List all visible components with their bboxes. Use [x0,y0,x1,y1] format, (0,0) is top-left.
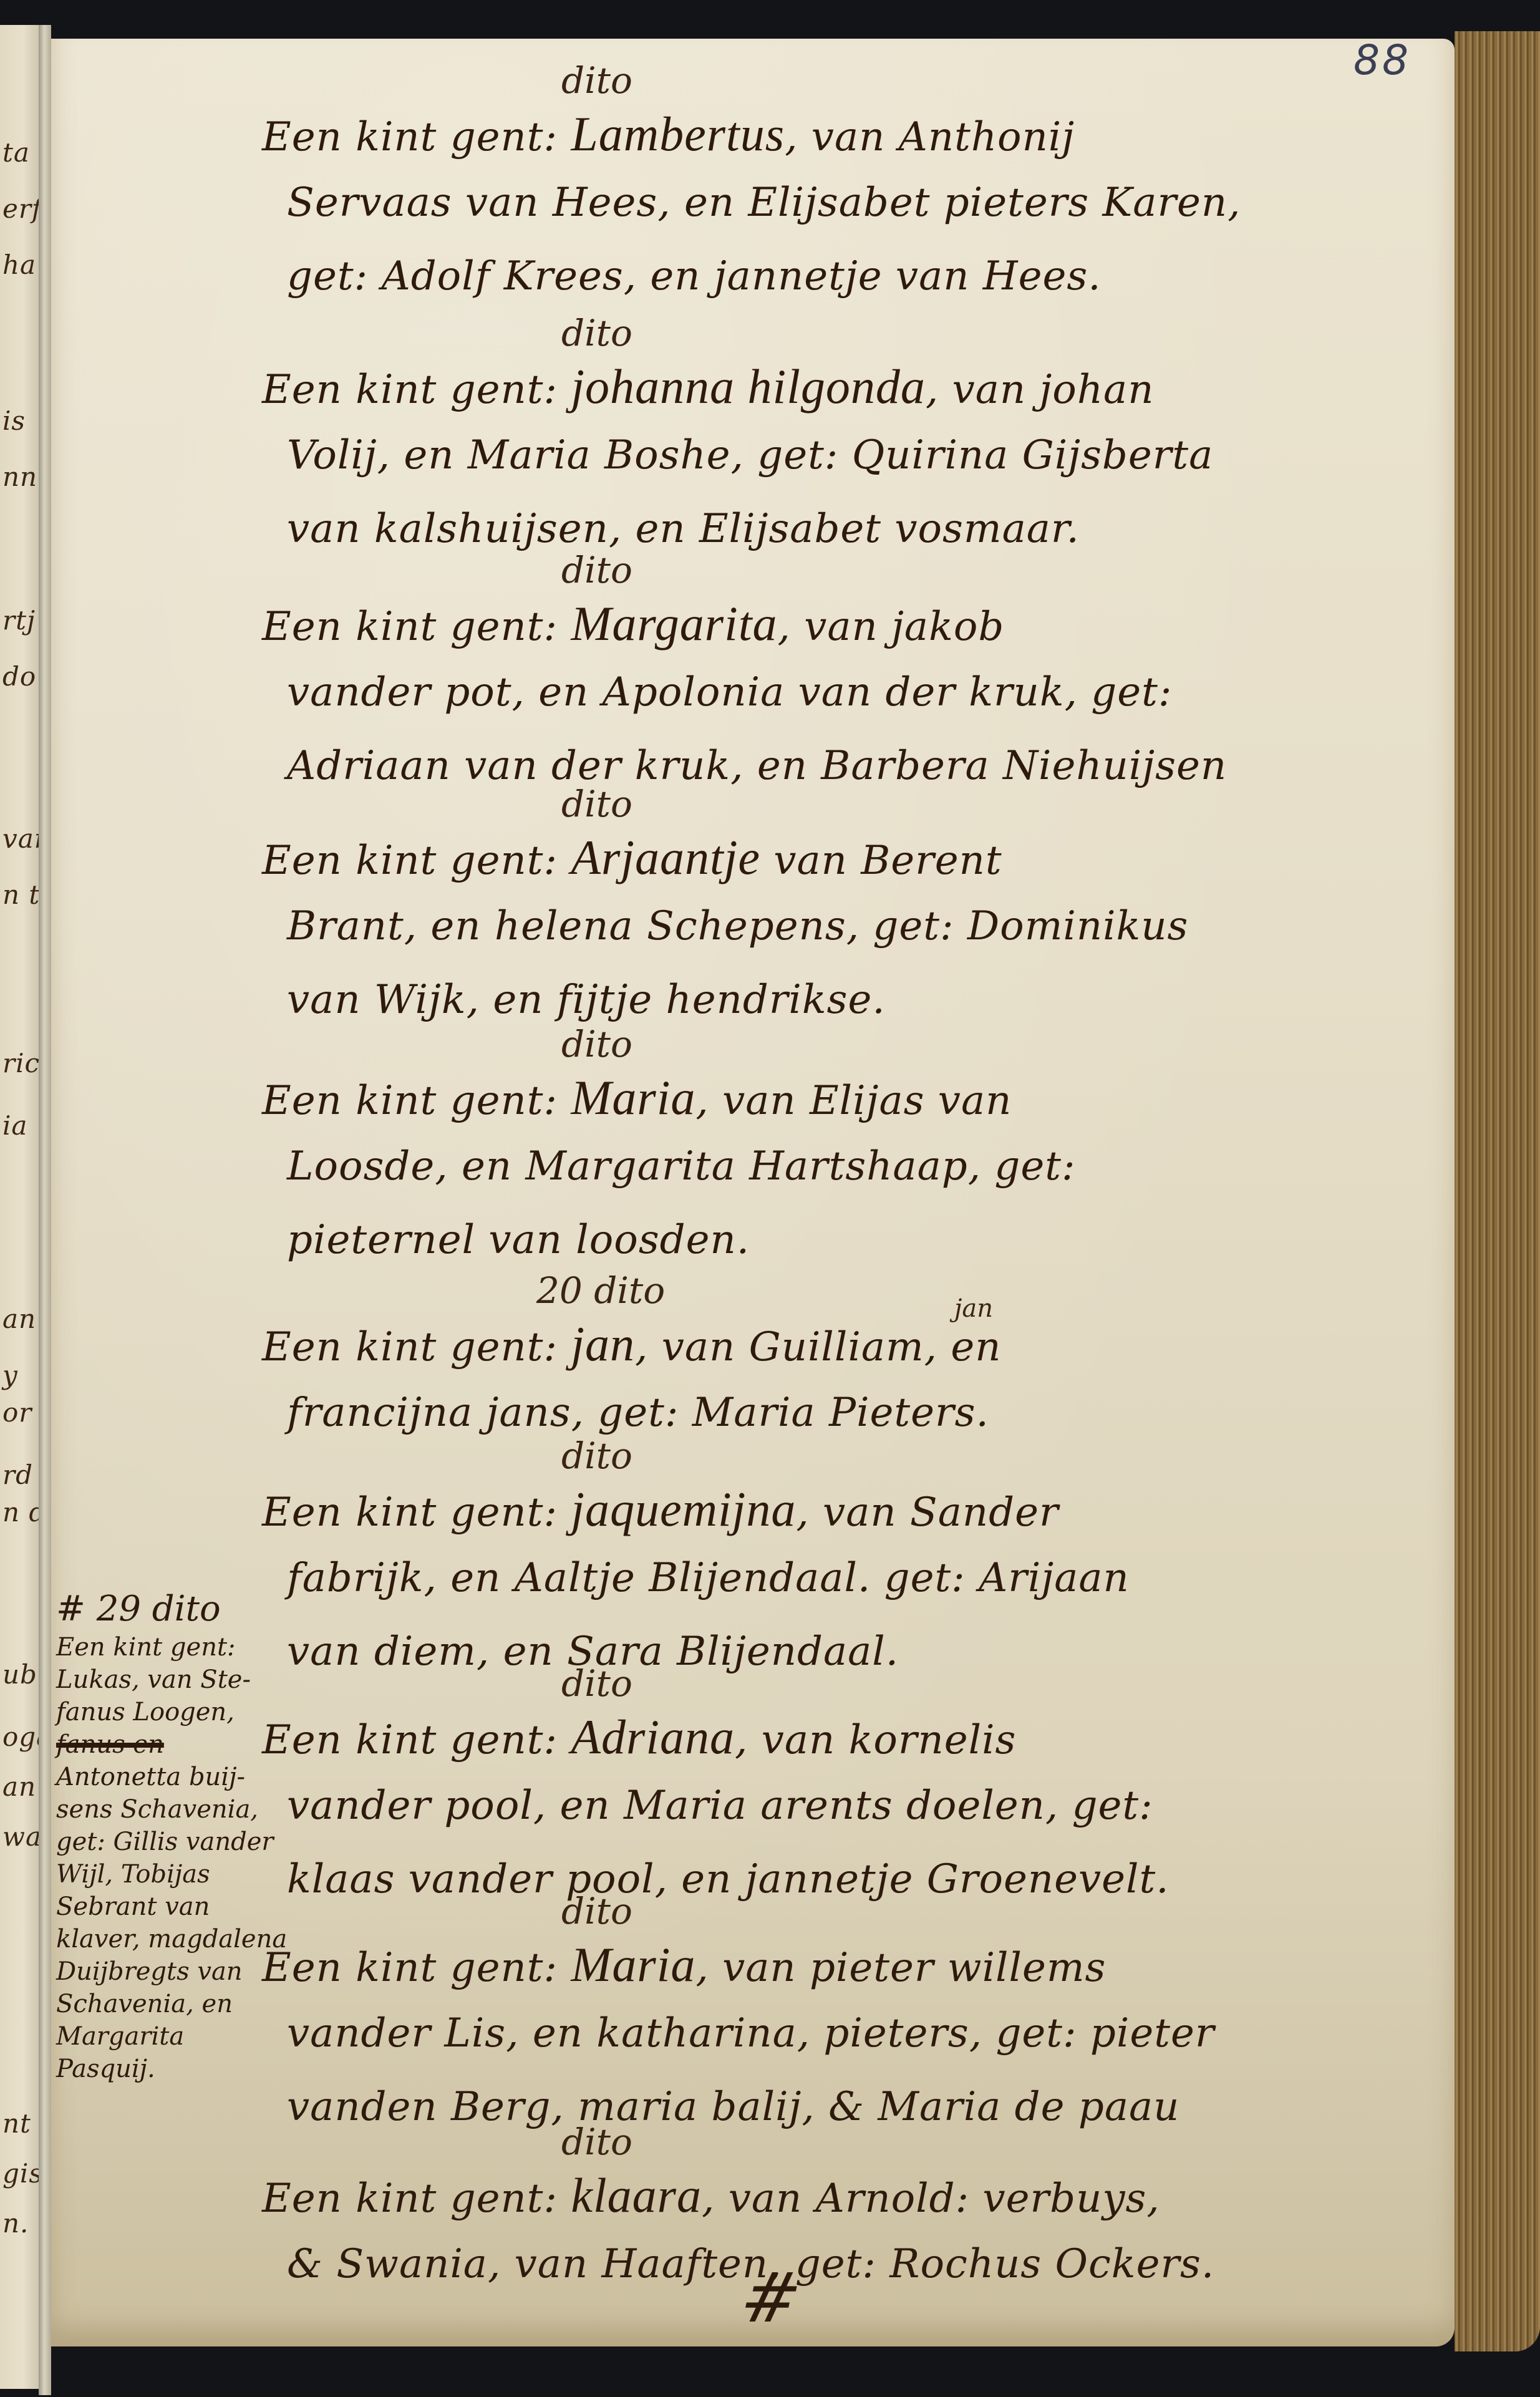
previous-page-fragment: an [2,1304,36,1334]
entry-prefix: Een kint gent: [262,2176,571,2222]
entry-parents: , van Elijas van [695,1078,1012,1124]
entry-line: pieternel van loosden. [287,1217,750,1263]
entry-line: vander pool, en Maria arents doelen, get… [287,1783,1153,1829]
entry-prefix: Een kint gent: [262,838,571,884]
entry-parents: , van pieter willems [695,1945,1106,1991]
margin-note-line: Sebrant van [56,1891,331,1923]
margin-note-line: fanus Loogen, [56,1696,331,1728]
entry-first-line: Een kint gent: Adriana, van kornelis [262,1709,1016,1765]
entry-first-line: Een kint gent: Lambertus, van Anthonij [262,106,1075,162]
entry-line: klaas vander pool, en jannetje Groenevel… [287,1856,1170,1902]
child-name: Arjaantje [571,830,760,884]
margin-note-struck-line: fanus en [56,1728,331,1761]
entry-first-line: Een kint gent: jan, van Guilliam, en [262,1316,1001,1372]
margin-note-line: Een kint gent: [56,1631,331,1663]
entry-date: dito [561,549,632,591]
entry-prefix: Een kint gent: [262,367,571,413]
entry-line: vander Lis, en katharina, pieters, get: … [287,2010,1214,2056]
previous-page-fragment: nni [2,462,39,492]
entry-date: dito [561,1023,632,1065]
previous-page-fragment: ia [2,1110,27,1141]
margin-note-line: Margarita [56,2020,331,2053]
entry-first-line: Een kint gent: Maria, van pieter willems [262,1937,1106,1993]
margin-note-line: klaver, magdalena [56,1923,331,1955]
margin-note-line: get: Gillis vander [56,1826,331,1858]
entry-line: fabrijk, en Aaltje Blijendaal. get: Arij… [287,1555,1130,1601]
entry-parents: , van johan [926,367,1155,413]
margin-note: # 29 dito Een kint gent: Lukas, van Ste-… [56,1587,331,2085]
previous-page-fragment: wa [2,1821,39,1852]
margin-note-header: # 29 dito [56,1587,331,1631]
entry-line: Servaas van Hees, en Elijsabet pieters K… [287,180,1241,226]
margin-note-line: Antonetta buij- [56,1761,331,1793]
previous-page-fragment: ub [2,1659,37,1690]
child-name: Margarita [571,596,777,651]
previous-page-fragment: n d [2,1497,39,1528]
child-name: johanna hilgonda [571,359,926,414]
entry-line: Brant, en helena Schepens, get: Dominiku… [287,903,1188,949]
entry-date: dito [561,1435,632,1477]
margin-note-line: Schavenia, en [56,1988,331,2020]
previous-page-fragment: do [2,661,36,692]
entry-date: dito [561,59,632,102]
child-name: klaara [571,2168,702,2222]
previous-page-fragment: erf [2,193,39,224]
entry-first-line: Een kint gent: Margarita, van jakob [262,596,1004,652]
entry-line: francijna jans, get: Maria Pieters. [287,1390,989,1436]
entry-parents: , van kornelis [735,1717,1016,1763]
entry-date: dito [561,783,632,825]
entry-parents: , van Anthonij [785,114,1075,160]
margin-note-line: Pasquij. [56,2053,331,2085]
margin-note-line: sens Schavenia, [56,1793,331,1826]
entry-prefix: Een kint gent: [262,1078,571,1124]
entry-line: Loosde, en Margarita Hartshaap, get: [287,1143,1076,1189]
page-number: 88 [1354,36,1411,84]
child-name: Maria [571,1937,695,1992]
child-name: jaquemijna [571,1482,796,1536]
entry-parents: van Berent [760,838,1002,884]
entry-line: Volij, en Maria Boshe, get: Quirina Gijs… [287,432,1213,478]
entry-line: van kalshuijsen, en Elijsabet vosmaar. [287,506,1080,552]
child-name: Adriana [571,1710,735,1764]
previous-page-fragment: oga [2,1721,39,1752]
entry-line: vanden Berg, maria balij, & Maria de paa… [287,2084,1179,2130]
margin-note-date: 29 dito [97,1589,221,1629]
previous-page-fragment: y [2,1360,18,1390]
margin-note-line: Wijl, Tobijas [56,1858,331,1891]
previous-page-fragment: n t [2,879,39,910]
book-page-edges [1455,31,1540,2351]
entry-line: van Wijk, en fijtje hendrikse. [287,977,886,1023]
previous-page-fragment: ta [2,137,30,168]
previous-page-fragment: van [2,823,39,854]
previous-page-fragment: rtj [2,605,36,636]
child-name: jan [571,1317,635,1371]
book-gutter [39,25,51,2395]
entry-first-line: Een kint gent: Arjaantje van Berent [262,830,1002,886]
entry-line: vander pot, en Apolonia van der kruk, ge… [287,669,1172,715]
entry-parents: , van Sander [796,1489,1058,1536]
entry-date: 20 dito [536,1269,665,1312]
previous-page-fragment: ha [2,249,36,280]
entry-parents: , van Arnold: verbuys, [702,2176,1160,2222]
previous-page-edge: taerfhaisnnirtjdovann triciaanyorrdn dub… [0,25,39,2389]
entry-prefix: Een kint gent: [262,1489,571,1536]
entry-date: dito [561,1890,632,1932]
margin-note-line: Duijbregts van [56,1955,331,1988]
previous-page-fragment: gis [2,2158,39,2189]
entry-date: dito [561,2121,632,2163]
hash-mark: # [56,1589,85,1629]
entry-prefix: Een kint gent: [262,1324,571,1370]
child-name: Lambertus [571,107,785,161]
entry-date: dito [561,312,632,354]
entry-date: dito [561,1662,632,1705]
entry-prefix: Een kint gent: [262,604,571,650]
entry-parents: , van Guilliam, en [635,1324,1001,1370]
child-name: Maria [571,1070,695,1125]
entry-first-line: Een kint gent: klaara, van Arnold: verbu… [262,2167,1160,2224]
entry-line: Adriaan van der kruk, en Barbera Niehuij… [287,743,1227,789]
previous-page-fragment: ric [2,1048,39,1078]
entry-first-line: Een kint gent: johanna hilgonda, van joh… [262,359,1154,415]
margin-note-line: Lukas, van Ste- [56,1663,331,1696]
entry-prefix: Een kint gent: [262,114,571,160]
previous-page-fragment: rd [2,1460,33,1490]
entry-line: get: Adolf Krees, en jannetje van Hees. [287,253,1102,299]
previous-page-fragment: an [2,1771,36,1802]
entry-parents: , van jakob [778,604,1005,650]
previous-page-fragment: n. [2,2208,29,2239]
previous-page-fragment: or [2,1397,32,1428]
previous-page-fragment: is [2,405,26,436]
previous-page-fragment: nt [2,2108,31,2139]
entry-first-line: Een kint gent: Maria, van Elijas van [262,1070,1012,1126]
entry-first-line: Een kint gent: jaquemijna, van Sander [262,1481,1059,1537]
